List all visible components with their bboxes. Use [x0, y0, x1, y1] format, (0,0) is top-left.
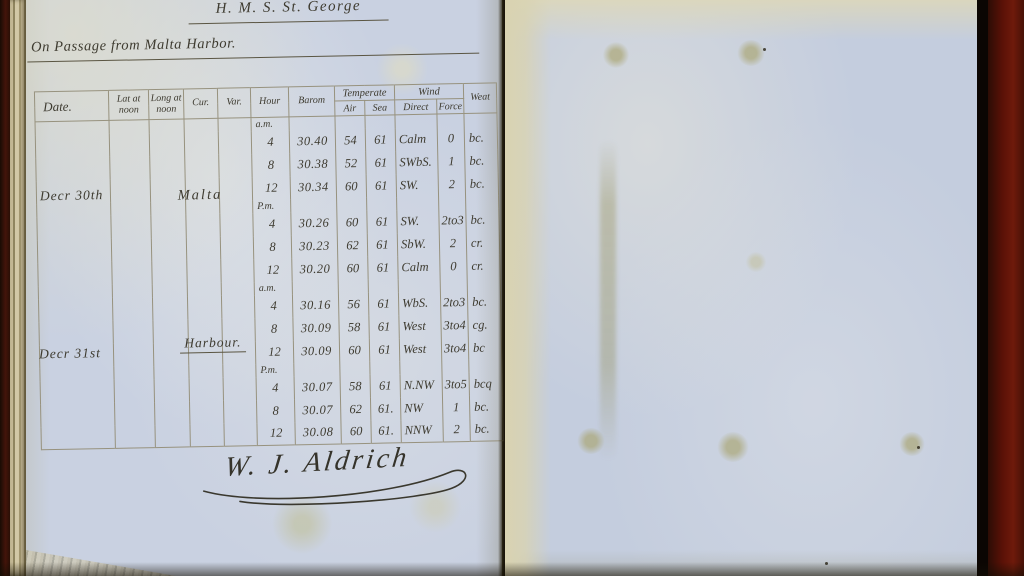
- cell-empty: [398, 278, 440, 292]
- col-header-sea: Sea: [365, 100, 395, 116]
- cell-air-temp: 58: [340, 374, 370, 398]
- lat-column: [109, 120, 155, 449]
- period-marker: P.m.: [256, 363, 294, 377]
- ship-name-heading: H. M. S. St. George: [188, 0, 388, 24]
- period-marker: P.m.: [253, 199, 291, 213]
- cell-empty: [291, 198, 337, 212]
- cell-wind-direction: Calm: [395, 127, 437, 151]
- cell-empty: [370, 361, 400, 375]
- paper-stain: [899, 432, 925, 456]
- cell-sea-temp: 61: [368, 256, 398, 280]
- cell-empty: [467, 277, 500, 291]
- cell-barometer: 30.38: [290, 152, 336, 176]
- cell-sea-temp: 61: [366, 174, 396, 198]
- cell-empty: [338, 279, 368, 293]
- col-header-wind: Wind: [394, 83, 463, 99]
- cell-air-temp: 60: [341, 420, 371, 444]
- cell-air-temp: 60: [339, 338, 369, 362]
- cell-sea-temp: 61: [369, 315, 399, 339]
- cell-sea-temp: 61: [370, 374, 400, 398]
- cell-weather: bc.: [465, 172, 498, 196]
- cell-air-temp: 60: [337, 210, 367, 234]
- signature-flourish: [197, 440, 488, 524]
- cell-weather: bc.: [466, 208, 499, 232]
- cell-wind-force: 2to3: [440, 290, 467, 314]
- col-header-air: Air: [335, 100, 365, 116]
- cell-wind-direction: SbW.: [397, 232, 439, 256]
- cell-empty: [367, 197, 397, 211]
- date-entry-dec31: Decr 31st: [39, 345, 101, 362]
- cell-air-temp: 56: [338, 292, 368, 316]
- log-table: Date. Lat at noon Long at noon Cur. Var.…: [34, 82, 504, 450]
- cell-wind-direction: SWbS.: [396, 150, 438, 174]
- paper-stain: [717, 432, 749, 462]
- cell-air-temp: 62: [340, 397, 370, 421]
- logbook-photograph: H. M. S. St. George On Passage from Malt…: [0, 0, 1024, 576]
- bottom-shadow: [0, 562, 1024, 576]
- cell-empty: [442, 359, 469, 373]
- cell-air-temp: 54: [335, 128, 365, 152]
- period-marker: a.m.: [251, 117, 289, 131]
- cell-barometer: 30.40: [289, 129, 335, 153]
- cell-air-temp: 58: [339, 315, 369, 339]
- col-header-date: Date.: [34, 90, 109, 121]
- cell-sea-temp: 61: [367, 233, 397, 257]
- col-header-weather: Weat: [463, 83, 497, 114]
- period-marker: a.m.: [254, 281, 292, 295]
- cell-hour: 4: [253, 212, 291, 236]
- cell-hour: 12: [257, 422, 295, 446]
- cell-wind-force: 1: [438, 149, 465, 173]
- cell-hour: 12: [254, 258, 292, 282]
- cell-empty: [294, 362, 340, 376]
- cell-wind-force: 1: [442, 395, 469, 419]
- cell-wind-force: 3to4: [441, 313, 468, 337]
- cell-sea-temp: 61: [366, 151, 396, 175]
- cell-barometer: 30.09: [293, 339, 339, 363]
- cell-wind-direction: SW.: [396, 173, 438, 197]
- cell-empty: [292, 280, 338, 294]
- cell-hour: 8: [252, 153, 290, 177]
- cell-wind-force: 0: [437, 126, 464, 150]
- cell-hour: 4: [254, 294, 292, 318]
- cell-wind-direction: NW: [400, 396, 442, 420]
- cell-sea-temp: 61: [368, 292, 398, 316]
- blank-right-page: [505, 0, 979, 576]
- cell-wind-direction: NNW: [401, 419, 443, 443]
- cell-wind-force: 2to3: [439, 208, 466, 232]
- cell-sea-temp: 61.: [371, 420, 401, 444]
- cell-empty: [466, 195, 499, 209]
- cell-empty: [440, 277, 467, 291]
- col-header-wind-force: Force: [437, 98, 464, 114]
- date-entry-dec30: Decr 30th: [40, 187, 104, 204]
- cell-hour: 4: [251, 130, 289, 154]
- cell-empty: [439, 195, 466, 209]
- col-header-lat: Lat at noon: [108, 90, 149, 121]
- cell-wind-direction: WbS.: [398, 291, 440, 315]
- cell-empty: [337, 197, 367, 211]
- cell-wind-force: 2: [439, 231, 466, 255]
- paper-speck: [917, 446, 920, 449]
- cell-empty: [289, 116, 335, 130]
- cell-hour: 4: [256, 376, 294, 400]
- cell-hour: 8: [256, 399, 294, 423]
- paper-streak: [600, 140, 616, 460]
- cell-barometer: 30.08: [295, 421, 341, 445]
- table-surface-right: [988, 0, 1024, 576]
- cell-sea-temp: 61: [367, 210, 397, 234]
- cell-sea-temp: 61: [369, 338, 399, 362]
- cell-hour: 8: [253, 235, 291, 259]
- cell-weather: cr.: [467, 254, 500, 278]
- cell-weather: cg.: [468, 313, 501, 337]
- cell-weather: bc.: [465, 149, 498, 173]
- cell-wind-force: 2: [443, 418, 470, 442]
- location-entry-malta: Malta: [142, 186, 258, 205]
- col-header-hour: Hour: [250, 87, 289, 118]
- cell-empty: [365, 115, 395, 129]
- cell-barometer: 30.07: [294, 398, 340, 422]
- table-surface-left: [0, 0, 10, 576]
- paper-stain: [603, 42, 629, 68]
- cell-barometer: 30.23: [291, 234, 337, 258]
- cell-weather: bc.: [464, 126, 497, 150]
- date-column: [35, 120, 115, 449]
- cell-wind-direction: N.NW: [400, 373, 442, 397]
- cell-wind-force: 2: [438, 172, 465, 196]
- paper-stain: [737, 40, 765, 66]
- cell-empty: [340, 361, 370, 375]
- cell-air-temp: 60: [336, 174, 366, 198]
- cell-empty: [395, 114, 437, 128]
- cell-wind-force: 3to4: [441, 336, 468, 360]
- cell-sea-temp: 61.: [370, 397, 400, 421]
- col-header-current: Cur.: [183, 88, 218, 119]
- cell-barometer: 30.16: [292, 293, 338, 317]
- cell-wind-force: 0: [440, 254, 467, 278]
- cell-barometer: 30.26: [291, 211, 337, 235]
- col-header-variation: Var.: [217, 88, 251, 119]
- col-header-long: Long at noon: [148, 89, 184, 120]
- cell-barometer: 30.09: [293, 316, 339, 340]
- cell-empty: [335, 115, 365, 129]
- cell-barometer: 30.20: [292, 257, 338, 281]
- cell-air-temp: 52: [336, 151, 366, 175]
- cell-empty: [397, 196, 439, 210]
- cell-empty: [368, 279, 398, 293]
- location-entry-harbour: Harbour.: [157, 334, 269, 354]
- cell-weather: bc.: [467, 290, 500, 314]
- cell-sea-temp: 61: [365, 128, 395, 152]
- cell-weather: bc: [468, 336, 501, 360]
- cell-air-temp: 60: [338, 256, 368, 280]
- cell-wind-direction: Calm: [398, 255, 440, 279]
- officer-signature: W. J. Aldrich: [197, 440, 488, 524]
- cell-air-temp: 62: [337, 233, 367, 257]
- cell-wind-direction: West: [399, 314, 441, 338]
- cell-wind-force: 3to5: [442, 372, 469, 396]
- cell-empty: [400, 360, 442, 374]
- cell-wind-direction: SW.: [397, 209, 439, 233]
- handwritten-sheet: H. M. S. St. George On Passage from Malt…: [20, 0, 507, 576]
- logbook-left-page: H. M. S. St. George On Passage from Malt…: [26, 0, 502, 576]
- cell-weather: cr.: [466, 231, 499, 255]
- paper-stain: [745, 252, 767, 272]
- cell-empty: [464, 113, 497, 127]
- cell-wind-direction: West: [399, 337, 441, 361]
- paper-speck: [763, 48, 766, 51]
- cell-barometer: 30.07: [294, 375, 340, 399]
- passage-heading: On Passage from Malta Harbor.: [27, 31, 479, 63]
- cell-barometer: 30.34: [290, 175, 336, 199]
- col-header-wind-direction: Direct: [395, 99, 437, 115]
- cell-empty: [437, 113, 464, 127]
- col-header-barometer: Barom: [288, 86, 335, 117]
- col-header-temperature: Temperate: [334, 85, 394, 101]
